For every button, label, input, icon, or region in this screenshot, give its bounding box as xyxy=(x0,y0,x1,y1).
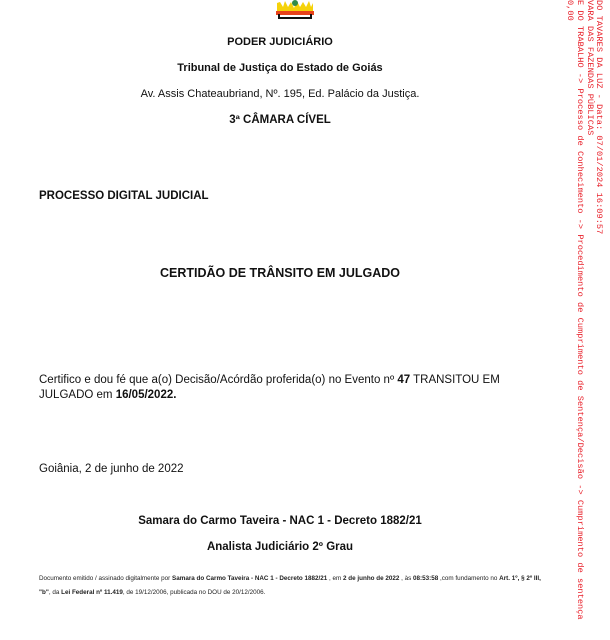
court-branch: PODER JUDICIÁRIO xyxy=(0,36,560,48)
side-stamp-text: 0,00 xyxy=(565,0,575,21)
court-address: Av. Assis Chateaubriand, Nº. 195, Ed. Pa… xyxy=(0,88,560,100)
footer-law: Lei Federal nº 11.419 xyxy=(61,589,123,596)
document-page: PODER JUDICIÁRIO Tribunal de Justiça do … xyxy=(0,0,560,640)
footer-date: 2 de junho de 2022 xyxy=(343,575,399,582)
footer-text: Documento emitido / assinado digitalment… xyxy=(39,575,172,582)
footer-signer: Samara do Carmo Taveira - NAC 1 - Decret… xyxy=(172,575,327,582)
footer-time: 08:53:58 xyxy=(413,575,438,582)
footer-text: , da xyxy=(49,589,61,596)
city-date: Goiânia, 2 de junho de 2022 xyxy=(39,463,184,475)
footer-text: , às xyxy=(399,575,413,582)
body-text-part1: Certifico e dou fé que a(o) Decisão/Acór… xyxy=(39,374,397,386)
signer-role: Analista Judiciário 2º Grau xyxy=(0,541,560,553)
side-stamp-line: DO TAVARES DA LUZ - Data: 07/01/2024 16:… xyxy=(594,0,604,640)
footer-text: , em xyxy=(327,575,343,582)
footer-text: , de 19/12/2006, publicada no DOU de 20/… xyxy=(123,589,266,596)
side-stamp-text: E DO TRABALHO -> Processo de Conheciment… xyxy=(575,0,585,620)
event-number: 47 xyxy=(397,374,410,386)
signer-name: Samara do Carmo Taveira - NAC 1 - Decret… xyxy=(0,515,560,527)
side-stamp-text: DO TAVARES DA LUZ - Data: 07/01/2024 16:… xyxy=(594,0,604,234)
coat-of-arms-icon xyxy=(271,0,319,22)
digital-signature-note: Documento emitido / assinado digitalment… xyxy=(39,572,554,600)
chamber-name: 3ª CÂMARA CÍVEL xyxy=(0,114,560,126)
footer-text: ,com fundamento no xyxy=(438,575,499,582)
transit-date: 16/05/2022. xyxy=(116,389,177,401)
certificate-title: CERTIDÃO DE TRÂNSITO EM JULGADO xyxy=(0,266,560,280)
court-name: Tribunal de Justiça do Estado de Goiás xyxy=(0,62,560,74)
certificate-body: Certifico e dou fé que a(o) Decisão/Acór… xyxy=(39,373,539,403)
side-stamp-line: E DO TRABALHO -> Processo de Conheciment… xyxy=(575,0,585,640)
process-type: PROCESSO DIGITAL JUDICIAL xyxy=(39,190,209,202)
side-stamp-line: 0,00 xyxy=(565,0,575,640)
